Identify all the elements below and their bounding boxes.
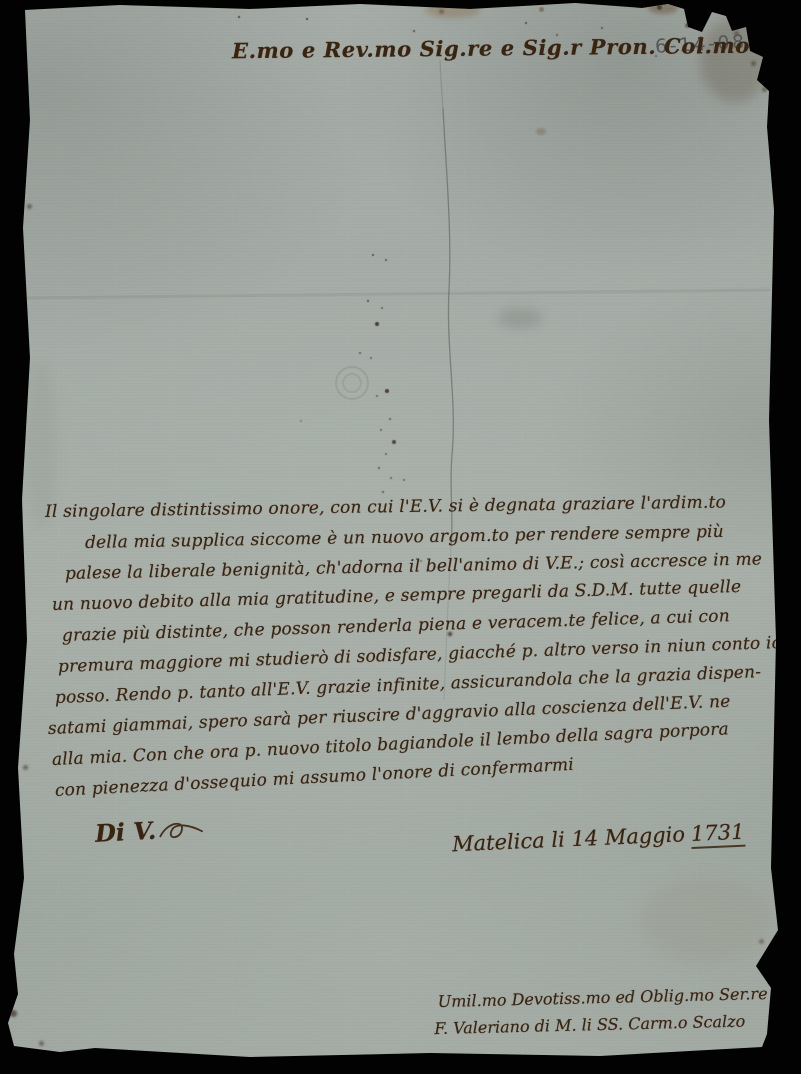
ink-showthrough-specks (0, 0, 2, 2)
body-line: con pienezza d'ossequio mi assumo l'onor… (54, 739, 785, 807)
body-line: della mia supplica siccome è un nuovo ar… (85, 516, 785, 559)
closing-formula: Di V. (94, 813, 204, 848)
manuscript-paper: 6-14-083 E.mo e Rev.mo Sig.re e Sig.r Pr… (0, 0, 801, 1074)
pen-flourish (157, 816, 204, 844)
signature-line: F. Valeriano di M. li SS. Carm.o Scalzo (434, 1007, 768, 1042)
watermark (336, 367, 368, 399)
body-line: un nuovo debito alla mia gratitudine, e … (52, 571, 786, 621)
paper-stain (648, 2, 678, 14)
paper-stain (640, 878, 770, 963)
paper-stain (26, 360, 56, 530)
body-line: palese la liberale benignità, ch'adorna … (65, 544, 785, 590)
salutation-line: E.mo e Rev.mo Sig.re e Sig.r Pron. Col.m… (232, 34, 652, 63)
archival-number: 6-14-083 (654, 30, 761, 58)
body-line: posso. Rendo p. tanto all'E.V. grazie in… (54, 656, 785, 714)
photograph-background: 6-14-083 E.mo e Rev.mo Sig.re e Sig.r Pr… (0, 0, 801, 1074)
closing-text: Di V. (94, 816, 157, 848)
body-line: satami giammai, spero sarà per riuscire … (47, 684, 785, 745)
signature-block: Umil.mo Devotiss.mo ed Oblig.mo Ser.re F… (437, 980, 768, 1042)
edge-foxing-specks (0, 0, 3, 3)
dateline-text: Matelica li 14 Maggio (452, 822, 686, 856)
paper-stain (425, 2, 480, 18)
body-line: premura maggiore mi studierò di sodisfar… (57, 628, 785, 683)
center-crease-line (443, 108, 453, 545)
body-line: alla mia. Con che ora p. nuovo titolo ba… (51, 712, 785, 776)
date-year: 1731 (690, 820, 745, 849)
signature-line: Umil.mo Devotiss.mo ed Oblig.mo Ser.re (437, 980, 767, 1015)
paper-stain (536, 128, 546, 135)
place-dateline: Matelica li 14 Maggio1731 (452, 820, 745, 857)
paper-creases (0, 0, 801, 1074)
paper-stain (498, 308, 542, 328)
body-line: Il singolare distintissimo onore, con cu… (45, 487, 785, 528)
letter-body: Il singolare distintissimo onore, con cu… (40, 497, 785, 807)
torn-corner-shading (700, 18, 770, 103)
body-line: grazie più distinte, che posson renderla… (62, 600, 786, 652)
